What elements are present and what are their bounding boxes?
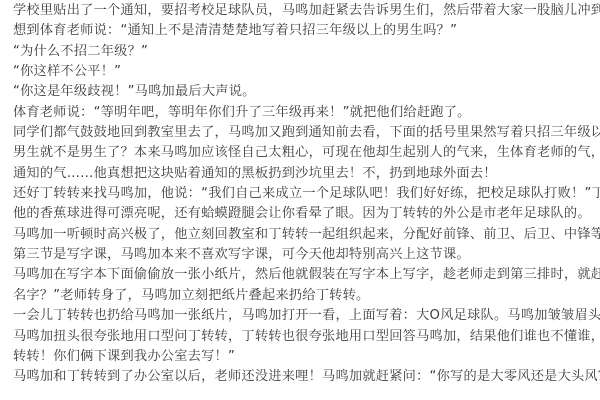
paragraph-line-15: 名字？”老师转身了，马鸣加立刻把纸片叠起来扔给丁转转。 [13, 286, 593, 306]
paragraph-line-1: 学校里贴出了一个通知，要招考校足球队员，马鸣加赶紧去告诉男生们，然后带着大家一股… [13, 1, 593, 21]
paragraph-line-14: 马鸣加在写字本下面偷偷放一张小纸片，然后他就假装在写字本上写字，趁老师走到第三排… [13, 265, 593, 285]
dialogue-line-5: “你这是年级歧视！”马鸣加最后大声说。 [13, 82, 593, 102]
paragraph-line-13: 第三节是写字课，马鸣加本来不喜欢写字课，可今天他却特别高兴上这节课。 [13, 245, 593, 265]
paragraph-line-12: 马鸣加一听顿时高兴极了，他立刻回教室和丁转转一起组织起来，分配好前锋、前卫、后卫… [13, 225, 593, 245]
paragraph-line-17: 马鸣加扭头很夸张地用口型问丁转转，丁转转也很夸张地用口型回答马鸣加，结果他们谁也… [13, 327, 593, 347]
paragraph-line-9: 通知的气……他真想把这块贴着通知的黑板扔到沙坑里去！不，扔到地球外面去！ [13, 164, 593, 184]
dialogue-line-3: “为什么不招二年级？” [13, 42, 593, 62]
paragraph-line-7: 同学们都气鼓鼓地回到教室里去了，马鸣加又跑到通知前去看，下面的括号里果然写着只招… [13, 123, 593, 143]
paragraph-line-18: 转转！你们俩下课到我办公室去写！” [13, 347, 593, 367]
story-text-document: 学校里贴出了一个通知，要招考校足球队员，马鸣加赶紧去告诉男生们，然后带着大家一股… [13, 1, 593, 388]
paragraph-line-19: 马鸣加和丁转转到了办公室以后，老师还没进来哩！马鸣加就赶紧问：“你写的是大零风还… [13, 367, 593, 387]
paragraph-line-16: 一会儿丁转转也扔给马鸣加一张纸片，马鸣加打开一看，上面写着：大O风足球队。马鸣加… [13, 306, 593, 326]
dialogue-line-4: “你这样不公平！” [13, 62, 593, 82]
paragraph-line-10: 还好丁转转来找马鸣加，他说：“我们自己来成立一个足球队吧！我们好好练，把校足球队… [13, 184, 593, 204]
paragraph-line-11: 他的香蕉球进得可漂亮呢，还有蛤蟆蹬腿会让你看晕了眼。因为丁转转的外公是市老年足球… [13, 204, 593, 224]
paragraph-line-2: 想到体育老师说：“通知上不是清清楚楚地写着只招三年级以上的男生吗？” [13, 21, 593, 41]
paragraph-line-8: 男生就不是男生了？本来马鸣加应该怪自己太粗心，可现在他却生起别人的气来，生体育老… [13, 143, 593, 163]
paragraph-line-6: 体育老师说：“等明年吧，等明年你们升了三年级再来！”就把他们给赶跑了。 [13, 103, 593, 123]
